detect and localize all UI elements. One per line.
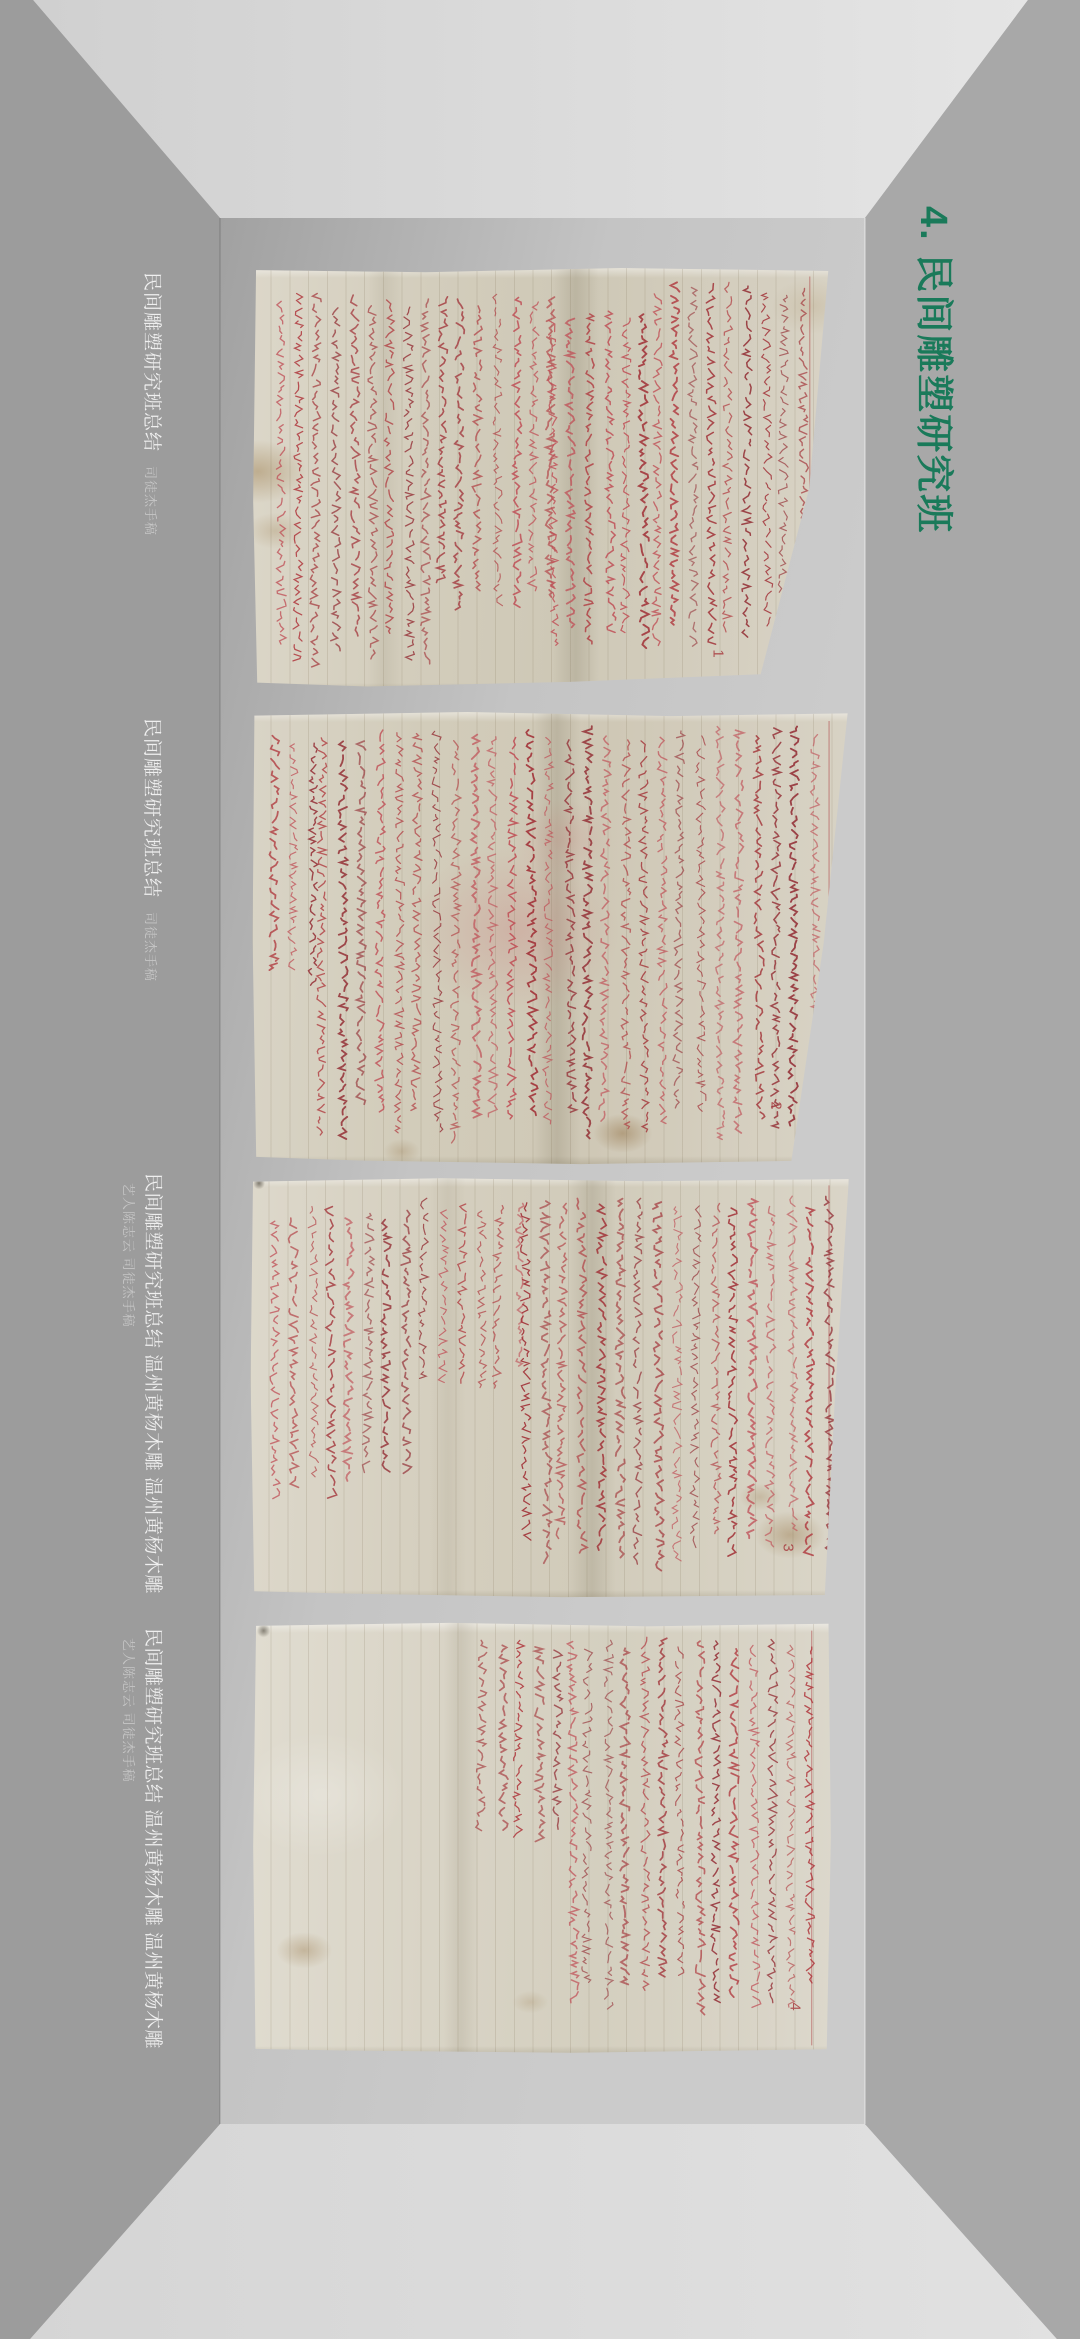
caption-manuscript-3: 民间雕塑研究班总结 温州黄杨木雕 温州黄杨木雕 艺人陈志云 司徒杰手稿: [120, 1173, 163, 1594]
manuscript-page-2: 2: [252, 712, 850, 1165]
caption-title: 民间雕塑研究班总结 温州黄杨木雕 温州黄杨木雕: [141, 1628, 163, 2049]
handwriting-ink: [250, 1177, 850, 1598]
right-wall: [865, 0, 1080, 2339]
manuscript-page-3: 3: [250, 1177, 850, 1598]
handwriting-ink: [252, 712, 850, 1165]
manuscript-page-1: 1: [252, 268, 830, 692]
caption-manuscript-2: 民间雕塑研究班总结司徒杰手稿: [138, 718, 164, 982]
caption-title: 民间雕塑研究班总结 温州黄杨木雕 温州黄杨木雕: [141, 1173, 163, 1594]
page-number: 3: [780, 1543, 797, 1551]
caption-title: 民间雕塑研究班总结: [141, 272, 162, 452]
handwriting-ink: [252, 268, 830, 692]
caption-manuscript-4: 民间雕塑研究班总结 温州黄杨木雕 温州黄杨木雕 艺人陈志云 司徒杰手稿: [120, 1628, 163, 2049]
caption-manuscript-1: 民间雕塑研究班总结司徒杰手稿: [138, 272, 164, 536]
handwriting-ink: [252, 1622, 832, 2054]
caption-credit: 艺人陈志云 司徒杰手稿: [120, 1638, 137, 2049]
caption-credit: 司徒杰手稿: [143, 466, 158, 536]
page-number: 2: [768, 1101, 785, 1109]
page-number: 1: [710, 650, 727, 658]
caption-title: 民间雕塑研究班总结: [141, 718, 162, 898]
left-wall: [0, 0, 220, 2339]
caption-credit: 艺人陈志云 司徒杰手稿: [120, 1183, 137, 1594]
manuscript-page-4: 4: [252, 1622, 832, 2054]
page-number: 4: [787, 2002, 804, 2010]
section-title: 4. 民间雕塑研究班: [910, 206, 956, 534]
caption-credit: 司徒杰手稿: [143, 912, 158, 982]
